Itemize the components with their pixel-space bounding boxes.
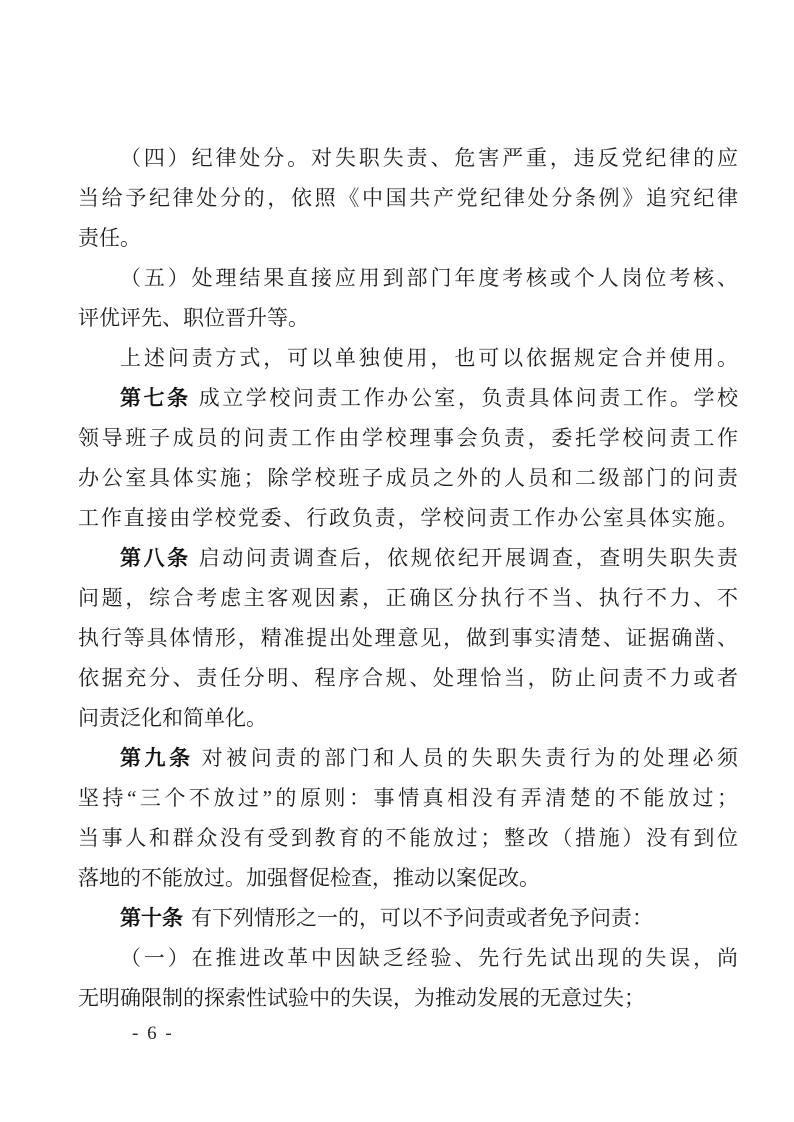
body-line: 第十条有下列情形之一的，可以不予问责或者免予问责：: [78, 898, 738, 938]
body-line: 无明确限制的探索性试验中的失误，为推动发展的无意过失；: [78, 978, 738, 1018]
line-text: 启动问责调查后，依规依纪开展调查，查明失职失责: [199, 546, 738, 570]
line-text: （一）在推进改革中因缺乏经验、先行先试出现的失误，尚: [120, 946, 738, 970]
body-line: （四）纪律处分。对失职失责、危害严重，违反党纪律的应: [78, 138, 738, 178]
body-line: （一）在推进改革中因缺乏经验、先行先试出现的失误，尚: [78, 938, 738, 978]
line-text: 对被问责的部门和人员的失职失责行为的处理必须: [202, 746, 738, 770]
body-line: 工作直接由学校党委、行政负责，学校问责工作办公室具体实施。: [78, 498, 738, 538]
body-line: 上述问责方式，可以单独使用，也可以依据规定合并使用。: [78, 338, 738, 378]
line-text: 有下列情形之一的，可以不予问责或者免予问责：: [191, 906, 653, 930]
document-body: （四）纪律处分。对失职失责、危害严重，违反党纪律的应 当给予纪律处分的，依照《中…: [78, 138, 738, 1018]
line-text: 执行等具体情形，精准提出处理意见，做到事实清楚、证据确凿、: [78, 626, 738, 650]
article-number: 第九条: [120, 747, 194, 770]
body-line: 第八条启动问责调查后，依规依纪开展调查，查明失职失责: [78, 538, 738, 578]
body-line: （五）处理结果直接应用到部门年度考核或个人岗位考核、: [78, 258, 738, 298]
body-line: 评优评先、职位晋升等。: [78, 298, 738, 338]
body-line: 第九条对被问责的部门和人员的失职失责行为的处理必须: [78, 738, 738, 778]
line-text: 问题，综合考虑主客观因素，正确区分执行不当、执行不力、不: [78, 586, 738, 610]
line-text: 办公室具体实施；除学校班子成员之外的人员和二级部门的问责: [78, 466, 738, 490]
paragraph-article-7: 第七条成立学校问责工作办公室，负责具体问责工作。学校 领导班子成员的问责工作由学…: [78, 378, 738, 538]
line-text: 责任。: [78, 226, 141, 250]
body-line: 领导班子成员的问责工作由学校理事会负责，委托学校问责工作: [78, 418, 738, 458]
body-line: 办公室具体实施；除学校班子成员之外的人员和二级部门的问责: [78, 458, 738, 498]
line-text: 依据充分、责任分明、程序合规、处理恰当，防止问责不力或者: [78, 666, 738, 690]
body-line: 依据充分、责任分明、程序合规、处理恰当，防止问责不力或者: [78, 658, 738, 698]
line-text: 坚持“三个不放过”的原则：事情真相没有弄清楚的不能放过；: [78, 786, 738, 810]
line-text: 当给予纪律处分的，依照《中国共产党纪律处分条例》追究纪律: [78, 186, 738, 210]
line-text: 领导班子成员的问责工作由学校理事会负责，委托学校问责工作: [78, 426, 738, 450]
body-line: 当给予纪律处分的，依照《中国共产党纪律处分条例》追究纪律: [78, 178, 738, 218]
paragraph-item-1: （一）在推进改革中因缺乏经验、先行先试出现的失误，尚 无明确限制的探索性试验中的…: [78, 938, 738, 1018]
paragraph-article-9: 第九条对被问责的部门和人员的失职失责行为的处理必须 坚持“三个不放过”的原则：事…: [78, 738, 738, 898]
article-number: 第八条: [120, 547, 191, 570]
line-text: 评优评先、职位晋升等。: [78, 306, 309, 330]
document-page: （四）纪律处分。对失职失责、危害严重，违反党纪律的应 当给予纪律处分的，依照《中…: [0, 0, 794, 1122]
body-line: 第七条成立学校问责工作办公室，负责具体问责工作。学校: [78, 378, 738, 418]
paragraph-item-5: （五）处理结果直接应用到部门年度考核或个人岗位考核、 评优评先、职位晋升等。: [78, 258, 738, 338]
article-number: 第七条: [120, 387, 191, 410]
body-line: 落地的不能放过。加强督促检查，推动以案促改。: [78, 858, 738, 898]
body-line: 责任。: [78, 218, 738, 258]
line-text: 落地的不能放过。加强督促检查，推动以案促改。: [78, 866, 540, 890]
line-text: 上述问责方式，可以单独使用，也可以依据规定合并使用。: [120, 346, 738, 370]
page-number: - 6 -: [132, 1022, 174, 1046]
paragraph-item-4: （四）纪律处分。对失职失责、危害严重，违反党纪律的应 当给予纪律处分的，依照《中…: [78, 138, 738, 258]
body-line: 坚持“三个不放过”的原则：事情真相没有弄清楚的不能放过；: [78, 778, 738, 818]
line-text: 问责泛化和简单化。: [78, 706, 267, 730]
line-text: 无明确限制的探索性试验中的失误，为推动发展的无意过失；: [78, 986, 645, 1010]
body-line: 当事人和群众没有受到教育的不能放过；整改（措施）没有到位: [78, 818, 738, 858]
body-line: 执行等具体情形，精准提出处理意见，做到事实清楚、证据确凿、: [78, 618, 738, 658]
body-line: 问责泛化和简单化。: [78, 698, 738, 738]
line-text: 成立学校问责工作办公室，负责具体问责工作。学校: [199, 386, 738, 410]
body-line: 问题，综合考虑主客观因素，正确区分执行不当、执行不力、不: [78, 578, 738, 618]
line-text: （五）处理结果直接应用到部门年度考核或个人岗位考核、: [120, 266, 738, 290]
line-text: 当事人和群众没有受到教育的不能放过；整改（措施）没有到位: [78, 826, 738, 850]
paragraph-summary: 上述问责方式，可以单独使用，也可以依据规定合并使用。: [78, 338, 738, 378]
article-number: 第十条: [120, 907, 183, 930]
paragraph-article-8: 第八条启动问责调查后，依规依纪开展调查，查明失职失责 问题，综合考虑主客观因素，…: [78, 538, 738, 738]
line-text: （四）纪律处分。对失职失责、危害严重，违反党纪律的应: [120, 146, 738, 170]
paragraph-article-10: 第十条有下列情形之一的，可以不予问责或者免予问责：: [78, 898, 738, 938]
line-text: 工作直接由学校党委、行政负责，学校问责工作办公室具体实施。: [78, 506, 738, 530]
